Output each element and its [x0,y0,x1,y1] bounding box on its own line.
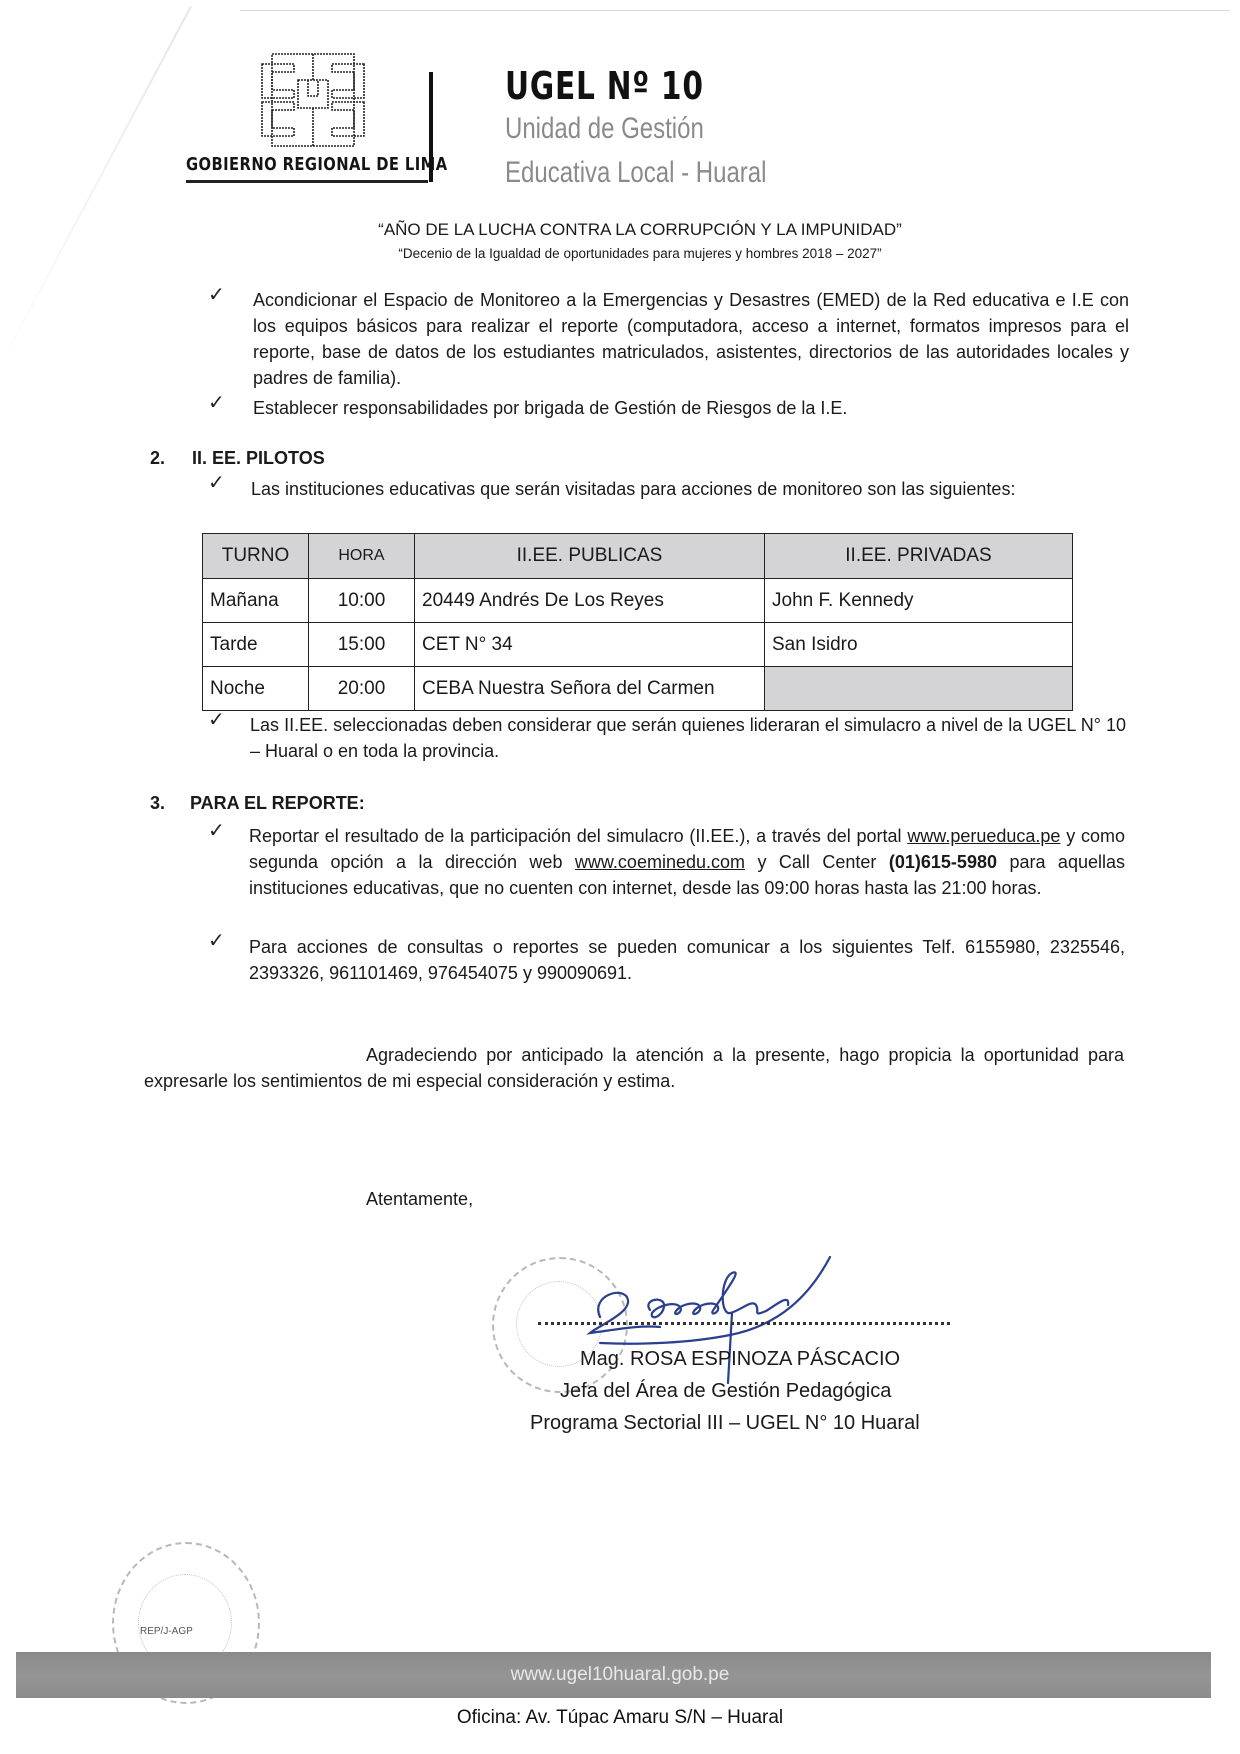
decade-motto: “Decenio de la Igualdad de oportunidades… [0,246,1240,261]
ugel-subtitle-line1: Unidad de Gestión [505,112,704,146]
check-icon: ✓ [208,707,225,732]
pilot-schools-table: TURNO HORA II.EE. PUBLICAS II.EE. PRIVAD… [202,533,1073,711]
signatory-name: Mag. ROSA ESPINOZA PÁSCACIO [580,1348,900,1371]
cell-privada: John F. Kennedy [765,579,1073,623]
cell-publica: CEBA Nuestra Señora del Carmen [415,667,765,711]
check-icon: ✓ [208,470,225,495]
cell-publica: CET N° 34 [415,623,765,667]
header-hora: HORA [309,534,415,579]
header-underline [186,180,428,183]
footer-website: www.ugel10huaral.gob.pe [0,1664,1240,1686]
intro-bullet-2: Establecer responsabilidades por brigada… [253,395,1129,421]
call-center-phone: (01)615-5980 [889,852,997,872]
check-icon: ✓ [208,282,225,307]
header-publicas: II.EE. PUBLICAS [415,534,765,579]
perueduca-link[interactable]: www.perueduca.pe [907,826,1060,846]
cell-privada: San Isidro [765,623,1073,667]
intro-bullet-1: Acondicionar el Espacio de Monitoreo a l… [253,287,1129,391]
report-text-c: y Call Center [757,852,876,872]
closing-paragraph: Agradeciendo por anticipado la atención … [144,1042,1124,1094]
section-3-bullet-2: Para acciones de consultas o reportes se… [249,934,1125,986]
header-divider [429,72,433,182]
signatory-program: Programa Sectorial III – UGEL N° 10 Huar… [530,1412,920,1435]
cell-hora: 10:00 [309,579,415,623]
signature-line [538,1322,950,1325]
cell-publica: 20449 Andrés De Los Reyes [415,579,765,623]
cell-hora: 20:00 [309,667,415,711]
coeminedu-link[interactable]: www.coeminedu.com [575,852,745,872]
header-privadas: II.EE. PRIVADAS [765,534,1073,579]
section-3-number: 3. [150,793,165,814]
stamp-label: REP/J-AGP [140,1626,193,1637]
ugel-title: UGEL Nº 10 [505,64,704,108]
section-2-title: II. EE. PILOTOS [192,448,325,469]
check-icon: ✓ [208,928,225,953]
scan-artifact [0,6,192,378]
cell-privada-empty [765,667,1073,711]
cell-hora: 15:00 [309,623,415,667]
table-header-row: TURNO HORA II.EE. PUBLICAS II.EE. PRIVAD… [203,534,1073,579]
footer-office-address: Oficina: Av. Túpac Amaru S/N – Huaral [0,1707,1240,1729]
table-row: Mañana 10:00 20449 Andrés De Los Reyes J… [203,579,1073,623]
salutation: Atentamente, [366,1186,473,1212]
cell-turno: Mañana [203,579,309,623]
table-row: Tarde 15:00 CET N° 34 San Isidro [203,623,1073,667]
header-turno: TURNO [203,534,309,579]
scan-edge-line [240,10,1230,11]
section-2-number: 2. [150,448,165,469]
section-3-title: PARA EL REPORTE: [190,793,365,814]
check-icon: ✓ [208,390,225,415]
section-2-intro: Las instituciones educativas que serán v… [251,476,1127,502]
year-motto: “AÑO DE LA LUCHA CONTRA LA CORRUPCIÓN Y … [0,220,1240,240]
table-row: Noche 20:00 CEBA Nuestra Señora del Carm… [203,667,1073,711]
section-3-bullet-1: Reportar el resultado de la participació… [249,823,1125,901]
government-name: GOBIERNO REGIONAL DE LIMA [186,154,448,175]
cell-turno: Tarde [203,623,309,667]
section-2-note: Las II.EE. seleccionadas deben considera… [250,712,1126,764]
signatory-position: Jefa del Área de Gestión Pedagógica [560,1380,891,1403]
check-icon: ✓ [208,818,225,843]
ugel-subtitle-line2: Educativa Local - Huaral [505,156,766,190]
cell-turno: Noche [203,667,309,711]
gobierno-regional-logo-icon [258,50,368,150]
report-text-a: Reportar el resultado de la participació… [249,826,902,846]
